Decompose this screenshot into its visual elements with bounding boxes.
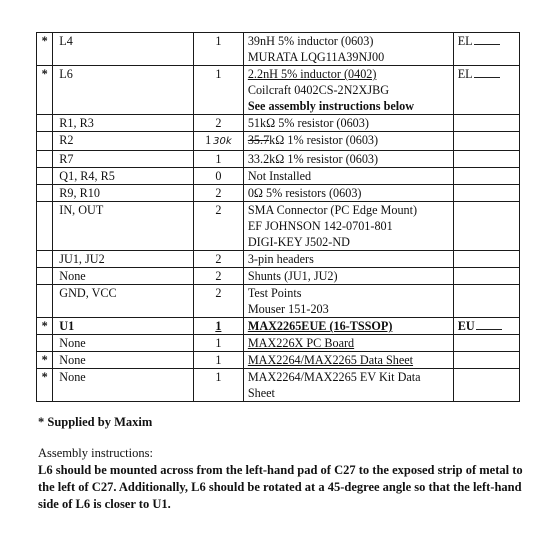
description-line: 3-pin headers — [248, 251, 449, 267]
description-line: SMA Connector (PC Edge Mount) — [248, 202, 449, 218]
description-line: MURATA LQG11A39NJ00 — [248, 49, 449, 65]
description: MAX226X PC Board — [243, 335, 453, 352]
inspection-check — [453, 185, 519, 202]
inspection-check — [453, 202, 519, 251]
supplied-marker — [37, 335, 53, 352]
supplied-marker: * — [37, 369, 53, 402]
bill-of-materials-table: *L4139nH 5% inductor (0603)MURATA LQG11A… — [36, 32, 520, 402]
inspection-check — [453, 268, 519, 285]
supplied-marker — [37, 132, 53, 151]
description-line: 33.2kΩ 1% resistor (0603) — [248, 151, 449, 167]
quantity: 1 — [193, 369, 243, 402]
inspection-check: EU — [453, 318, 519, 335]
table-row: IN, OUT2SMA Connector (PC Edge Mount)EF … — [37, 202, 520, 251]
table-row: R1, R3251kΩ 5% resistor (0603) — [37, 115, 520, 132]
description-line: DIGI-KEY J502-ND — [248, 234, 449, 250]
inspection-check — [453, 168, 519, 185]
description: 51kΩ 5% resistor (0603) — [243, 115, 453, 132]
supplied-marker: * — [37, 66, 53, 115]
description: Not Installed — [243, 168, 453, 185]
description-line: MAX2264/MAX2265 EV Kit Data — [248, 369, 449, 385]
table-row: Q1, R4, R50Not Installed — [37, 168, 520, 185]
struck-value: 35.7 — [248, 133, 269, 147]
inspection-check — [453, 132, 519, 151]
supplied-marker — [37, 115, 53, 132]
reference-designator: L6 — [53, 66, 194, 115]
inspection-check — [453, 352, 519, 369]
table-row: *L4139nH 5% inductor (0603)MURATA LQG11A… — [37, 33, 520, 66]
supplied-marker — [37, 251, 53, 268]
signature-line — [476, 329, 502, 330]
quantity: 2 — [193, 285, 243, 318]
supplied-marker: * — [37, 352, 53, 369]
reference-designator: JU1, JU2 — [53, 251, 194, 268]
table-row: GND, VCC2Test PointsMouser 151-203 — [37, 285, 520, 318]
table-row: None1MAX226X PC Board — [37, 335, 520, 352]
reference-designator: R7 — [53, 151, 194, 168]
description-line: 0Ω 5% resistors (0603) — [248, 185, 449, 201]
table-row: *L612.2nH 5% inductor (0402)Coilcraft 04… — [37, 66, 520, 115]
inspection-check: EL — [453, 66, 519, 115]
inspection-check — [453, 285, 519, 318]
inspection-check — [453, 151, 519, 168]
description-line: MAX2264/MAX2265 Data Sheet — [248, 352, 449, 368]
description: MAX2264/MAX2265 EV Kit DataSheet — [243, 369, 453, 402]
supplied-marker: * — [37, 33, 53, 66]
description: 35.7kΩ 1% resistor (0603) — [243, 132, 453, 151]
quantity: 2 — [193, 268, 243, 285]
description: 39nH 5% inductor (0603)MURATA LQG11A39NJ… — [243, 33, 453, 66]
reference-designator: U1 — [53, 318, 194, 335]
inspection-check — [453, 369, 519, 402]
description-line: Coilcraft 0402CS-2N2XJBG — [248, 82, 449, 98]
quantity: 2 — [193, 185, 243, 202]
quantity: 2 — [193, 251, 243, 268]
supplied-marker: * — [37, 318, 53, 335]
inspection-check: EL — [453, 33, 519, 66]
description-line: Test Points — [248, 285, 449, 301]
table-row: JU1, JU223-pin headers — [37, 251, 520, 268]
description: 0Ω 5% resistors (0603) — [243, 185, 453, 202]
reference-designator: IN, OUT — [53, 202, 194, 251]
quantity: 1 — [193, 352, 243, 369]
description-line: EF JOHNSON 142-0701-801 — [248, 218, 449, 234]
reference-designator: None — [53, 369, 194, 402]
reference-designator: None — [53, 268, 194, 285]
table-row: *None1MAX2264/MAX2265 Data Sheet — [37, 352, 520, 369]
assembly-instructions-heading: Assembly instructions: — [38, 445, 153, 462]
supplied-by-note: * Supplied by Maxim — [38, 414, 152, 431]
signature-line — [474, 77, 500, 78]
supplied-marker — [37, 185, 53, 202]
reference-designator: R1, R3 — [53, 115, 194, 132]
quantity: 0 — [193, 168, 243, 185]
supplied-marker — [37, 285, 53, 318]
quantity: 1 — [193, 151, 243, 168]
description-line: 35.7kΩ 1% resistor (0603) — [248, 132, 449, 148]
quantity: 1 — [193, 335, 243, 352]
assembly-instructions-text: L6 should be mounted across from the lef… — [38, 462, 538, 513]
description-line: Not Installed — [248, 168, 449, 184]
description: 3-pin headers — [243, 251, 453, 268]
reference-designator: Q1, R4, R5 — [53, 168, 194, 185]
description-line: Mouser 151-203 — [248, 301, 449, 317]
description: SMA Connector (PC Edge Mount)EF JOHNSON … — [243, 202, 453, 251]
supplied-marker — [37, 168, 53, 185]
table-row: R7133.2kΩ 1% resistor (0603) — [37, 151, 520, 168]
description: Shunts (JU1, JU2) — [243, 268, 453, 285]
description: MAX2265EUE (16-TSSOP) — [243, 318, 453, 335]
description-line: 39nH 5% inductor (0603) — [248, 33, 449, 49]
description-line: See assembly instructions below — [248, 98, 449, 114]
reference-designator: L4 — [53, 33, 194, 66]
table-row: None2Shunts (JU1, JU2) — [37, 268, 520, 285]
reference-designator: GND, VCC — [53, 285, 194, 318]
reference-designator: R9, R10 — [53, 185, 194, 202]
supplied-marker — [37, 202, 53, 251]
description: MAX2264/MAX2265 Data Sheet — [243, 352, 453, 369]
quantity: 1 — [193, 318, 243, 335]
inspection-check — [453, 115, 519, 132]
supplied-marker — [37, 268, 53, 285]
description-line: Sheet — [248, 385, 449, 401]
table-row: *None1MAX2264/MAX2265 EV Kit DataSheet — [37, 369, 520, 402]
reference-designator: None — [53, 352, 194, 369]
table-row: R9, R1020Ω 5% resistors (0603) — [37, 185, 520, 202]
supplied-marker — [37, 151, 53, 168]
signature-line — [474, 44, 500, 45]
handwritten-note: 30k — [213, 136, 232, 147]
reference-designator: R2 — [53, 132, 194, 151]
description: 2.2nH 5% inductor (0402)Coilcraft 0402CS… — [243, 66, 453, 115]
description-line: MAX2265EUE (16-TSSOP) — [248, 318, 449, 334]
description: Test PointsMouser 151-203 — [243, 285, 453, 318]
reference-designator: None — [53, 335, 194, 352]
quantity: 2 — [193, 202, 243, 251]
description-line: 51kΩ 5% resistor (0603) — [248, 115, 449, 131]
description-line: 2.2nH 5% inductor (0402) — [248, 66, 449, 82]
quantity: 1 — [193, 33, 243, 66]
quantity: 1 — [193, 66, 243, 115]
table-row: *U11MAX2265EUE (16-TSSOP)EU — [37, 318, 520, 335]
quantity: 130k — [193, 132, 243, 151]
inspection-check — [453, 335, 519, 352]
description-line: Shunts (JU1, JU2) — [248, 268, 449, 284]
inspection-check — [453, 251, 519, 268]
quantity: 2 — [193, 115, 243, 132]
description-line: MAX226X PC Board — [248, 335, 449, 351]
description: 33.2kΩ 1% resistor (0603) — [243, 151, 453, 168]
table-row: R2130k35.7kΩ 1% resistor (0603) — [37, 132, 520, 151]
